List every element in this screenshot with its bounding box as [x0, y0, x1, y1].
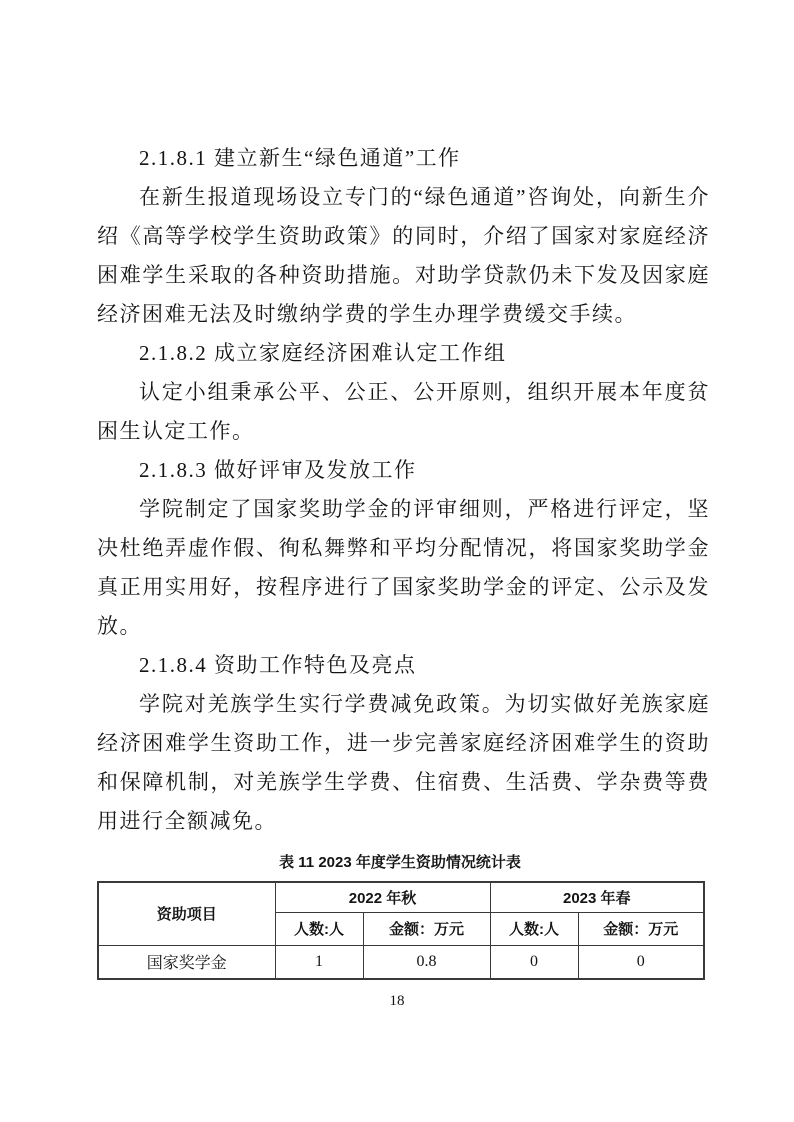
- cell-2022-count: 1: [275, 945, 363, 979]
- table-row-national-scholarship: 国家奖学金 1 0.8 0 0: [98, 945, 704, 979]
- paragraph-identification-group: 认定小组秉承公平、公正、公开原则，组织开展本年度贫困生认定工作。: [97, 373, 710, 451]
- paragraph-green-channel: 在新生报道现场设立专门的“绿色通道”咨询处，向新生介绍《高等学校学生资助政策》的…: [97, 178, 710, 334]
- subheader-2022-count: 人数:人: [275, 912, 363, 945]
- col-group-2023-spring: 2023 年春: [490, 882, 704, 912]
- subheader-2023-amount: 金额：万元: [578, 912, 704, 945]
- paragraph-qiang-tuition-waiver: 学院对羌族学生实行学费减免政策。为切实做好羌族家庭经济困难学生资助工作，进一步完…: [97, 685, 710, 841]
- cell-2023-amount: 0: [578, 945, 704, 979]
- aid-statistics-table-block: 表 11 2023 年度学生资助情况统计表 资助项目 2022 年秋 2023 …: [97, 852, 703, 980]
- col-group-2022-autumn: 2022 年秋: [275, 882, 490, 912]
- section-heading-2181: 2.1.8.1 建立新生“绿色通道”工作: [97, 139, 710, 178]
- col-header-aid-item: 资助项目: [98, 882, 275, 945]
- section-heading-2182: 2.1.8.2 成立家庭经济困难认定工作组: [97, 334, 710, 373]
- subheader-2022-amount: 金额：万元: [363, 912, 490, 945]
- table-header-group-row: 资助项目 2022 年秋 2023 年春: [98, 882, 704, 912]
- subheader-2023-count: 人数:人: [490, 912, 578, 945]
- table-caption: 表 11 2023 年度学生资助情况统计表: [97, 852, 703, 874]
- row-item-label: 国家奖学金: [98, 945, 275, 979]
- paragraph-review-distribution: 学院制定了国家奖助学金的评审细则，严格进行评定，坚决杜绝弄虚作假、徇私舞弊和平均…: [97, 490, 710, 646]
- body-content: 2.1.8.1 建立新生“绿色通道”工作 在新生报道现场设立专门的“绿色通道”咨…: [97, 139, 710, 841]
- page-number: 18: [0, 993, 794, 1010]
- cell-2022-amount: 0.8: [363, 945, 490, 979]
- section-heading-2184: 2.1.8.4 资助工作特色及亮点: [97, 646, 710, 685]
- section-heading-2183: 2.1.8.3 做好评审及发放工作: [97, 451, 710, 490]
- aid-statistics-table: 资助项目 2022 年秋 2023 年春 人数:人 金额：万元 人数:人 金额：…: [97, 881, 705, 980]
- cell-2023-count: 0: [490, 945, 578, 979]
- document-page: 2.1.8.1 建立新生“绿色通道”工作 在新生报道现场设立专门的“绿色通道”咨…: [0, 0, 794, 1122]
